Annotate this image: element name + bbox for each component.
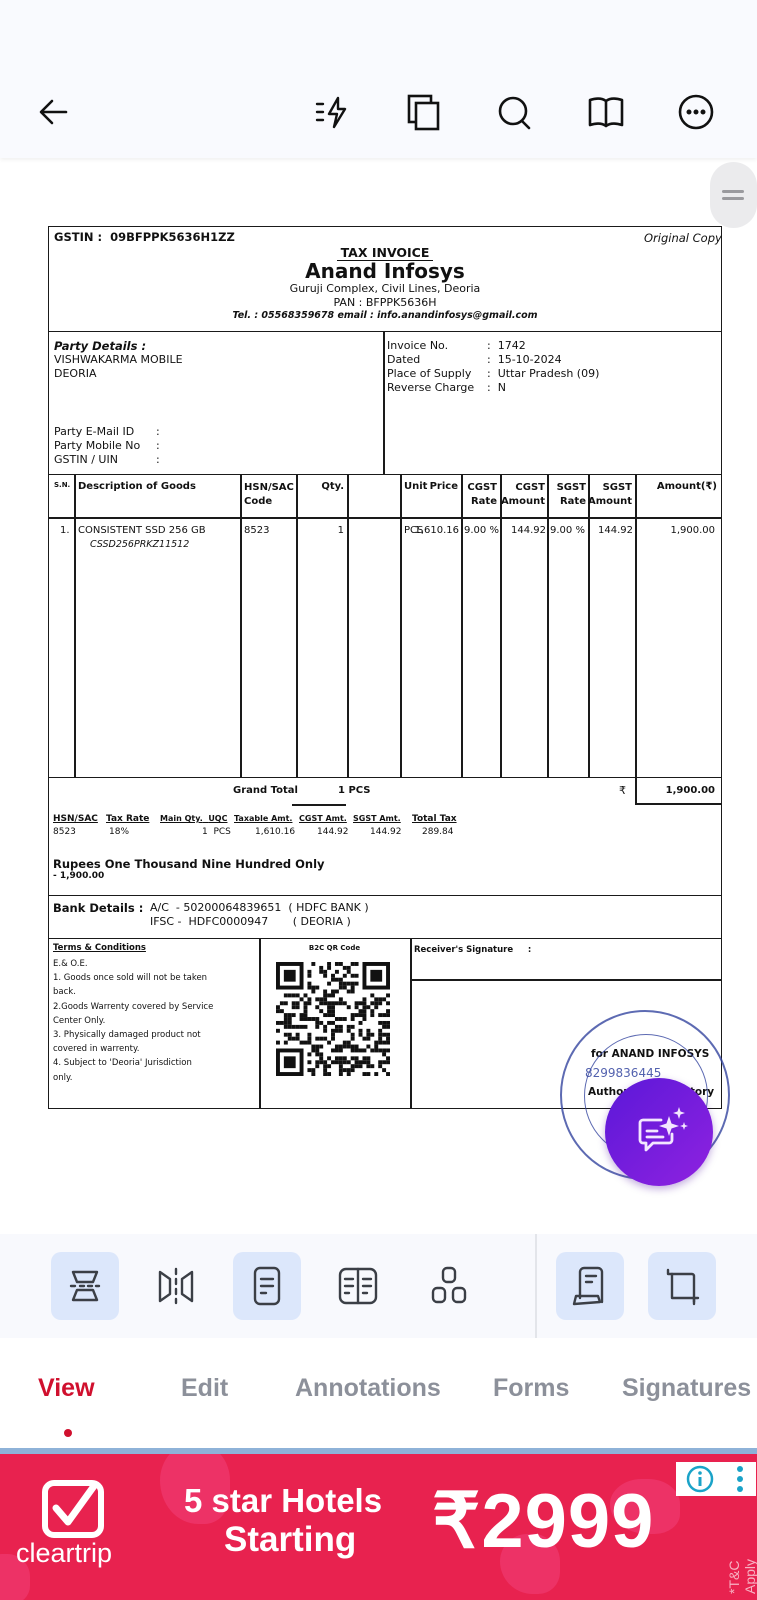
scrollbar-handle[interactable] bbox=[710, 162, 757, 228]
ad-terms: *T&C Apply bbox=[726, 1559, 757, 1594]
book-view-button[interactable] bbox=[324, 1252, 392, 1320]
toolbar-divider bbox=[535, 1234, 537, 1338]
seller-gstin: GSTIN : 09BFPPK5636H1ZZ bbox=[54, 230, 235, 244]
tab-forms[interactable]: Forms bbox=[493, 1374, 569, 1403]
place-of-supply: Uttar Pradesh (09) bbox=[498, 367, 600, 380]
item-amount: 1,900.00 bbox=[635, 525, 715, 536]
party-gstin-label: GSTIN / UIN bbox=[54, 453, 118, 466]
copy-type: Original Copy bbox=[644, 231, 722, 245]
invoice-number: 1742 bbox=[498, 339, 526, 352]
party-mobile-label: Party Mobile No bbox=[54, 439, 140, 452]
document-type: TAX INVOICE bbox=[48, 245, 722, 260]
qr-code bbox=[276, 962, 390, 1076]
cleartrip-logo-icon bbox=[42, 1480, 104, 1538]
ad-brand: cleartrip bbox=[16, 1538, 112, 1569]
ad-choices[interactable] bbox=[676, 1462, 756, 1496]
text-reflow-icon bbox=[568, 1264, 612, 1308]
continuous-scroll-button[interactable] bbox=[51, 1252, 119, 1320]
ad-menu-icon[interactable] bbox=[734, 1464, 746, 1494]
text-reflow-button[interactable] bbox=[556, 1252, 624, 1320]
reading-mode-icon[interactable] bbox=[584, 90, 628, 134]
quick-actions-icon[interactable] bbox=[312, 90, 356, 134]
bank-account: A/C - 50200064839651 ( HDFC BANK ) bbox=[150, 901, 369, 914]
two-page-icon bbox=[154, 1264, 198, 1308]
party-email-label: Party E-Mail ID bbox=[54, 425, 134, 438]
view-toolbar bbox=[0, 1234, 757, 1338]
book-view-icon bbox=[336, 1264, 380, 1308]
amount-in-words-number: - 1,900.00 bbox=[53, 871, 104, 881]
thumbnails-button[interactable] bbox=[415, 1252, 483, 1320]
top-app-bar bbox=[0, 0, 757, 158]
ai-chat-sparkle-icon bbox=[629, 1102, 689, 1162]
back-arrow-icon[interactable] bbox=[32, 90, 76, 134]
ad-price: ₹2999 bbox=[432, 1476, 654, 1565]
company-name: Anand Infosys bbox=[48, 259, 722, 283]
party-name: VISHWAKARMA MOBILE bbox=[54, 353, 183, 366]
party-heading: Party Details : bbox=[54, 339, 146, 353]
ad-subheadline: Starting bbox=[224, 1520, 356, 1560]
crop-icon bbox=[660, 1264, 704, 1308]
copy-pages-icon[interactable] bbox=[402, 90, 446, 134]
receivers-signature: Receiver's Signature : bbox=[414, 945, 531, 955]
tab-annotations[interactable]: Annotations bbox=[295, 1374, 441, 1403]
items-table bbox=[48, 475, 722, 778]
item-serial: CSSD256PRKZ11512 bbox=[90, 539, 189, 550]
bank-ifsc: IFSC - HDFC0000947 ( DEORIA ) bbox=[150, 915, 351, 928]
grand-total-qty: 1 PCS bbox=[338, 785, 371, 796]
amount-in-words: Rupees One Thousand Nine Hundred Only bbox=[53, 857, 325, 871]
mode-tabs: View Edit Annotations Forms Signatures bbox=[0, 1338, 757, 1448]
item-description: CONSISTENT SSD 256 GB bbox=[78, 525, 206, 536]
invoice-document: GSTIN : 09BFPPK5636H1ZZ Original Copy TA… bbox=[48, 226, 734, 1130]
ai-assistant-button[interactable] bbox=[605, 1078, 713, 1186]
ad-banner[interactable]: cleartrip 5 star Hotels Starting ₹2999 *… bbox=[0, 1448, 757, 1600]
company-contact: Tel. : 05568359678 email : info.anandinf… bbox=[48, 310, 722, 321]
two-page-button[interactable] bbox=[142, 1252, 210, 1320]
search-icon[interactable] bbox=[492, 90, 536, 134]
grand-total-amount: 1,900.00 bbox=[635, 785, 715, 796]
company-pan: PAN : BFPPK5636H bbox=[48, 296, 722, 309]
single-page-button[interactable] bbox=[233, 1252, 301, 1320]
company-address: Guruji Complex, Civil Lines, Deoria bbox=[48, 282, 722, 295]
qr-label: B2C QR Code bbox=[259, 944, 410, 952]
reverse-charge: N bbox=[498, 381, 506, 394]
crop-button[interactable] bbox=[648, 1252, 716, 1320]
tab-edit[interactable]: Edit bbox=[181, 1374, 228, 1403]
single-page-icon bbox=[245, 1264, 289, 1308]
thumbnails-icon bbox=[427, 1264, 471, 1308]
continuous-scroll-icon bbox=[63, 1264, 107, 1308]
active-tab-indicator bbox=[64, 1429, 72, 1437]
party-colons: ::: bbox=[156, 425, 160, 467]
tab-signatures[interactable]: Signatures bbox=[622, 1374, 751, 1403]
more-options-icon[interactable] bbox=[674, 90, 718, 134]
party-city: DEORIA bbox=[54, 367, 97, 380]
info-icon[interactable] bbox=[686, 1465, 714, 1493]
invoice-date: 15-10-2024 bbox=[498, 353, 562, 366]
tab-view[interactable]: View bbox=[38, 1374, 95, 1403]
ad-headline: 5 star Hotels bbox=[184, 1482, 382, 1520]
